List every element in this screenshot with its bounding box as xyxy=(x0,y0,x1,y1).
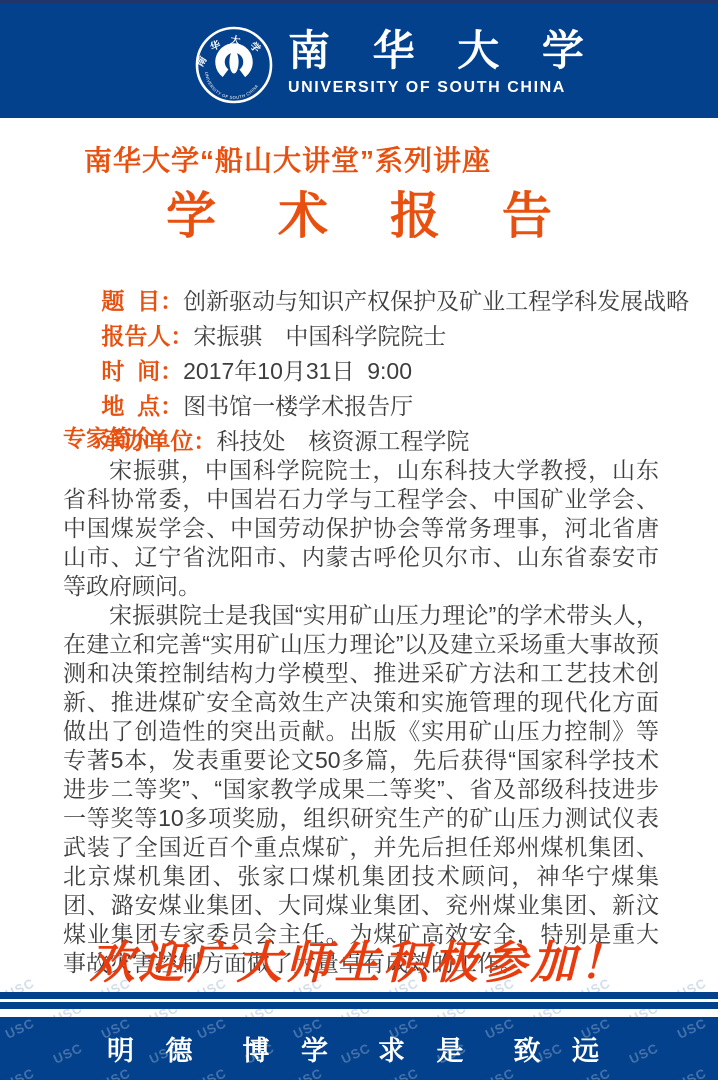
university-name-chinese: 南 华 大 学 xyxy=(288,26,588,76)
bio-paragraph-2: 宋振骐院士是我国“实用矿山压力理论”的学术带头人，在建立和完善“实用矿山压力理论… xyxy=(63,601,659,978)
topic-label: 题 目： xyxy=(101,288,183,314)
lecture-details: 题 目：创新驱动与知识产权保护及矿业工程学科发展战略 报告人：宋振骐 中国科学院… xyxy=(63,249,663,424)
venue-label: 地 点： xyxy=(101,393,183,419)
bio-paragraph-1: 宋振骐，中国科学院院士，山东科技大学教授，山东省科协常委，中国岩石力学与工程学会… xyxy=(63,456,659,601)
header-top-line xyxy=(0,0,718,3)
poster-page: 南华大学 UNIVERSITY OF SOUTH CHINA 南 华 大 学 U… xyxy=(0,0,718,1080)
university-motto: 明 德 博 学 求 是 致 远 xyxy=(0,1017,718,1080)
time-label: 时 间： xyxy=(101,358,183,384)
venue-value: 图书馆一楼学术报告厅 xyxy=(183,393,413,419)
topic-value: 创新驱动与知识产权保护及矿业工程学科发展战略 xyxy=(183,288,689,314)
footer-band: USC USC 明 德 博 学 求 是 致 远 xyxy=(0,1017,718,1080)
page-title: 学 术 报 告 xyxy=(0,176,718,248)
motto-mingde: 明 德 xyxy=(107,1029,205,1068)
time-value: 2017年10月31日 9:00 xyxy=(183,358,412,384)
speaker-value: 宋振骐 中国科学院院士 xyxy=(193,323,446,349)
organizer-value: 科技处 核资源工程学院 xyxy=(216,428,469,454)
header-band: 南华大学 UNIVERSITY OF SOUTH CHINA 南 华 大 学 U… xyxy=(0,0,718,118)
motto-boxue: 博 学 xyxy=(242,1029,340,1068)
motto-zhiyuan: 致 远 xyxy=(514,1029,612,1068)
bio-heading: 专家简介： xyxy=(63,420,178,453)
motto-qiushi: 求 是 xyxy=(378,1029,476,1068)
footer-stripe-2 xyxy=(0,1002,718,1009)
university-seal-logo: 南华大学 UNIVERSITY OF SOUTH CHINA xyxy=(190,26,278,104)
seal-droplet xyxy=(229,51,238,74)
university-name-english: UNIVERSITY OF SOUTH CHINA xyxy=(288,79,588,97)
lecture-series-title: 南华大学“船山大讲堂”系列讲座 xyxy=(84,139,491,179)
university-name-block: 南 华 大 学 UNIVERSITY OF SOUTH CHINA xyxy=(288,26,588,97)
bio-section: 宋振骐，中国科学院院士，山东科技大学教授，山东省科协常委，中国岩石力学与工程学会… xyxy=(63,456,659,978)
footer-stripe-1 xyxy=(0,992,718,999)
speaker-label: 报告人： xyxy=(101,323,193,349)
detail-row-topic: 题 目：创新驱动与知识产权保护及矿业工程学科发展战略 xyxy=(63,249,663,284)
